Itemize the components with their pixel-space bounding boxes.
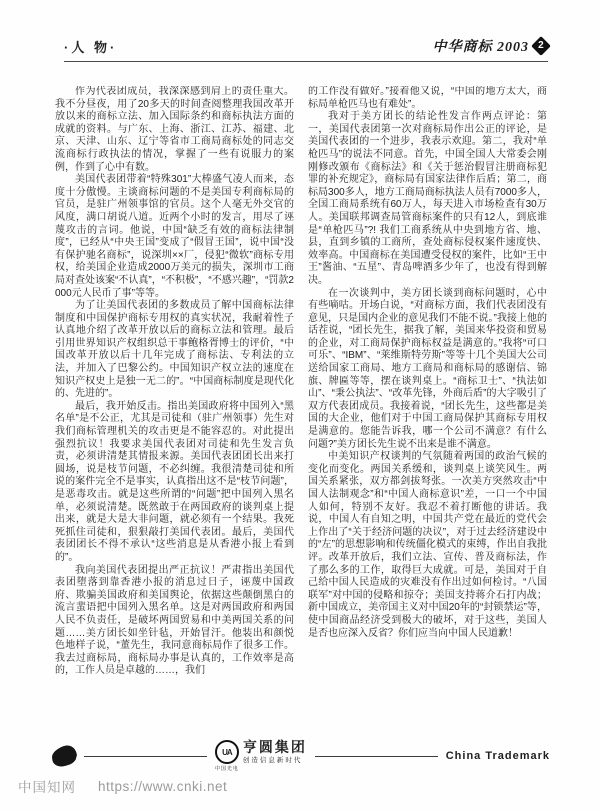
sponsor-slogan: 创造信息新时代 xyxy=(243,755,307,764)
sponsor-circle-icon: UA xyxy=(215,740,239,764)
left-column: 作为代表团成员，我深深感到肩上的责任重大。我不分昼夜，用了20多天的时间查阅整理… xyxy=(55,86,294,736)
paragraph: 我对于美方团长的结论性发言作两点评论：第一，美国代表团第一次对商标局作出公正的评… xyxy=(308,111,547,287)
sponsor-logo: UA 中国光电 亨圆集团 创造信息新时代 xyxy=(215,740,307,772)
footer-rule-left xyxy=(84,756,207,757)
footer-rule-row: UA 中国光电 亨圆集团 创造信息新时代 China Trademark xyxy=(52,740,550,772)
cnki-site-name: 中国知网 xyxy=(18,776,76,796)
paragraph: 中美知识产权谈判的气氛随着两国的政治气候的变化而变化。两国关系缓和，谈判桌上谈笑… xyxy=(308,451,547,640)
section-label: ·人 物· xyxy=(64,37,117,56)
page-header: ·人 物· 中华商标 2003 2 xyxy=(64,36,548,62)
paragraph: 最后，我开始反击。指出美国政府将中国列入“黑名单”是不公正，尤其是司徒和（驻广州… xyxy=(55,401,294,565)
paragraph: 在一次谈判中，美方团长谈到商标问题时，心中有些嘀咕。开场白说，“对商标方面，我们… xyxy=(308,288,547,452)
sponsor-monogram: UA xyxy=(222,748,232,757)
issue-number: 2 xyxy=(538,41,544,51)
paragraph: 我向美国代表团提出严正抗议！严肃指出美国代表团堕落到靠香港小报的消息过日子，诬蔑… xyxy=(55,565,294,678)
issue-number-badge-icon: 2 xyxy=(531,36,551,56)
magazine-page: ·人 物· 中华商标 2003 2 作为代表团成员，我深深感到肩上的责任重大。我… xyxy=(0,0,600,810)
right-column: 的工作没有做好。”接着他又说，“中国的地方太大，商标局单枪匹马也有难处”。 我对… xyxy=(308,86,547,736)
journal-english-title: China Trademark xyxy=(446,750,550,762)
article-body: 作为代表团成员，我深深感到肩上的责任重大。我不分昼夜，用了20多天的时间查阅整理… xyxy=(55,86,547,736)
sponsor-name: 亨圆集团 xyxy=(243,740,307,755)
cnki-watermark: 中国知网 https://www.cnki.net xyxy=(18,776,227,796)
page-number-splash-icon xyxy=(51,745,77,767)
paragraph-continuation: 的工作没有做好。”接着他又说，“中国的地方太大，商标局单枪匹马也有难处”。 xyxy=(308,86,547,111)
footer-rule-right xyxy=(315,756,438,757)
sponsor-sub-text: 中国光电 xyxy=(215,765,239,772)
journal-masthead: 中华商标 2003 2 xyxy=(433,36,549,56)
cnki-url-link[interactable]: https://www.cnki.net xyxy=(98,779,227,794)
journal-title: 中华商标 2003 xyxy=(433,36,530,56)
paragraph: 作为代表团成员，我深深感到肩上的责任重大。我不分昼夜，用了20多天的时间查阅整理… xyxy=(55,86,294,174)
paragraph: 美国代表团带着“特殊301”大棒盛气凌人而来，态度十分傲慢。主谈商标问题的不是美… xyxy=(55,174,294,300)
paragraph: 为了让美国代表团的多数成员了解中国商标法律制度和中国保护商标专用权的真实状况，我… xyxy=(55,300,294,401)
